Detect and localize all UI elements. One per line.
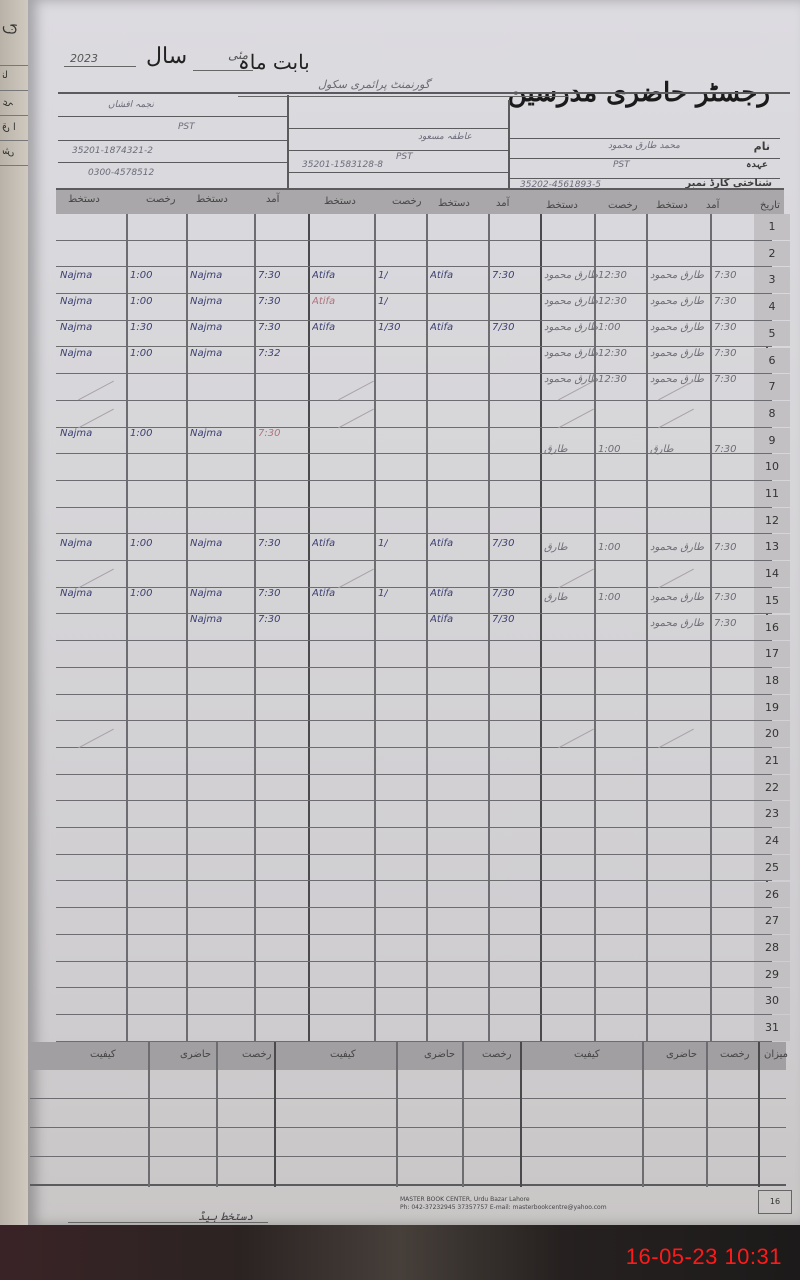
left-page-fragment: عہ [2, 98, 14, 109]
t1-timeout: 1:00 [598, 322, 620, 333]
t1-signin: طارق محمود [650, 374, 704, 385]
col-arrival-t3: آمد [266, 194, 279, 205]
t1-timeout: 1:00 [598, 592, 620, 603]
t1-signin: طارق محمود [650, 270, 704, 281]
t1-timein: 7:30 [714, 270, 736, 281]
t1-signout: طارق [544, 444, 568, 455]
day-number: 1 [754, 214, 790, 240]
t2-timein: 7/30 [492, 322, 514, 333]
t2-timeout: 1/ [378, 270, 388, 281]
t3-timein: 1:00 [130, 588, 152, 599]
t1-timeout: 12:30 [598, 270, 627, 281]
t3-signout: Najma [190, 270, 222, 281]
day-number: 16 [754, 615, 790, 641]
day-number: 15 [754, 588, 790, 614]
t1-signin: طارق محمود [650, 322, 704, 333]
day-number: 9 [754, 428, 790, 454]
teacher1-name: محمد طارق محمود [608, 141, 680, 151]
col-signout-t3: دستخط [68, 194, 100, 205]
t2-timein: 7/30 [492, 588, 514, 599]
t1-timein: 7:30 [714, 592, 736, 603]
col-departure-t1: رخصت [608, 200, 638, 211]
t1-signin: طارق [650, 444, 674, 455]
t1-signin: طارق محمود [650, 618, 704, 629]
day-number: 10 [754, 454, 790, 480]
t3-timein: 1:00 [130, 348, 152, 359]
teacher3-name: نجمہ افشاں [108, 100, 154, 110]
day-number: 19 [754, 695, 790, 721]
register-page: رجسٹر حاضری مدرسین گورنمنٹ پرائمری سکول … [28, 0, 800, 1225]
t2-signout: Atifa [312, 538, 335, 549]
summary-col: کیفیت [90, 1049, 116, 1060]
t2-signin: Atifa [430, 538, 453, 549]
t3-signin: Najma [60, 348, 92, 359]
t3-signin: Najma [60, 428, 92, 439]
col-departure-t2: رخصت [392, 196, 422, 207]
summary-col: رخصت [720, 1049, 750, 1060]
attendance-grid: 1 2 3 4 5 6 7 8 9 10 11 12 13 14 15 16 1… [56, 214, 784, 1044]
t2-timeout: 1/ [378, 588, 388, 599]
col-date: تاریخ [760, 200, 780, 211]
t3-signin: Najma [60, 322, 92, 333]
t1-timein: 7:30 [714, 322, 736, 333]
t1-signout: طارق محمود [544, 296, 598, 307]
left-page-fragment: رج [2, 18, 18, 34]
t3-timeout: 7:30 [258, 588, 280, 599]
t3-timein: 1:00 [130, 270, 152, 281]
t3-timeout: 7:30 [258, 270, 280, 281]
t1-timeout: 12:30 [598, 348, 627, 359]
day-number: 29 [754, 962, 790, 988]
column-header-row: دستخط رخصت دستخط آمد دستخط رخصت دستخط آم… [56, 190, 784, 214]
t2-signout: Atifa [312, 296, 335, 307]
t3-signout: Najma [190, 614, 222, 625]
t1-timein: 7:30 [714, 374, 736, 385]
camera-timestamp: 16-05-23 10:31 [626, 1244, 782, 1270]
t1-timein: 7:30 [714, 296, 736, 307]
day-number: 26 [754, 882, 790, 908]
day-number: 24 [754, 828, 790, 854]
day-number: 6 [754, 348, 790, 374]
t1-signin: طارق محمود [650, 296, 704, 307]
t1-signout: طارق [544, 592, 568, 603]
t3-timein: 1:00 [130, 538, 152, 549]
day-number: 13 [754, 534, 790, 560]
teacher2-name: عاطفہ مسعود [418, 132, 472, 142]
col-signout-t2: دستخط [324, 196, 356, 207]
t3-timeout: 7:32 [258, 348, 280, 359]
t3-signout: Najma [190, 588, 222, 599]
summary-header-row: کیفیت حاضری رخصت کیفیت حاضری رخصت کیفیت … [30, 1042, 786, 1070]
t3-timeout: 7:30 [258, 538, 280, 549]
monthly-summary-table: کیفیت حاضری رخصت کیفیت حاضری رخصت کیفیت … [30, 1042, 786, 1192]
day-number: 18 [754, 668, 790, 694]
t2-timein: 7:30 [492, 270, 514, 281]
day-number: 17 [754, 641, 790, 667]
t2-timeout: 1/ [378, 296, 388, 307]
t3-signin: Najma [60, 270, 92, 281]
teacher1-designation-label: عہدہ [746, 160, 768, 170]
day-number: 23 [754, 801, 790, 827]
day-number: 2 [754, 241, 790, 267]
day-number: 20 [754, 721, 790, 747]
page-number: 16 [758, 1190, 792, 1214]
t2-timein: 7/30 [492, 614, 514, 625]
t2-signin: Atifa [430, 614, 453, 625]
left-page-fragment: ق ا [2, 122, 16, 133]
t3-timein: 1:00 [130, 428, 152, 439]
summary-col: کیفیت [330, 1049, 356, 1060]
col-signout-t1: دستخط [546, 200, 578, 211]
summary-col: میزان [764, 1049, 788, 1060]
t3-signout: Najma [190, 428, 222, 439]
t3-timeout: 7:30 [258, 614, 280, 625]
t3-signout: Najma [190, 296, 222, 307]
day-number: 21 [754, 748, 790, 774]
day-number: 22 [754, 775, 790, 801]
day-number: 11 [754, 481, 790, 507]
year-value: 2023 [70, 52, 98, 65]
teacher2-cnic: 35201-1583128-8 [302, 160, 383, 170]
t1-signout: طارق [544, 542, 568, 553]
col-arrival-t2: آمد [496, 198, 509, 209]
t1-signin: طارق محمود [650, 592, 704, 603]
teacher2-designation: PST [396, 152, 413, 162]
t1-signin: طارق محمود [650, 542, 704, 553]
summary-col: حاضری [180, 1049, 211, 1060]
t3-signout: Najma [190, 348, 222, 359]
t1-timeout: 1:00 [598, 444, 620, 455]
t2-timeout: 1/ [378, 538, 388, 549]
day-number: 30 [754, 988, 790, 1014]
left-page-fragment: نا [2, 70, 8, 81]
col-signin-t1: دستخط [656, 200, 688, 211]
col-signin-t2: دستخط [438, 198, 470, 209]
t2-signout: Atifa [312, 322, 335, 333]
t1-timeout: 1:00 [598, 542, 620, 553]
t3-signin: Najma [60, 538, 92, 549]
t1-timein: 7:30 [714, 542, 736, 553]
day-number: 3 [754, 267, 790, 293]
publisher-contact: Ph: 042-37232945 37357757 E-mail: master… [400, 1204, 607, 1211]
t1-timein: 7:30 [714, 618, 736, 629]
t3-signout: Najma [190, 538, 222, 549]
t2-timein: 7/30 [492, 538, 514, 549]
t3-timein: 1:30 [130, 322, 152, 333]
year-label: سال [146, 44, 187, 69]
day-number: 27 [754, 908, 790, 934]
t1-timein: 7:30 [714, 444, 736, 455]
t3-timeout: 7:30 [258, 322, 280, 333]
left-page-fragment: ش [2, 146, 14, 157]
t1-timeout: 12:30 [598, 374, 627, 385]
col-arrival-t1: آمد [706, 200, 719, 211]
school-name: گورنمنٹ پرائمری سکول [318, 78, 430, 91]
t3-timeout: 7:30 [258, 428, 280, 439]
publisher-name: MASTER BOOK CENTER, Urdu Bazar Lahore [400, 1196, 530, 1203]
day-number: 14 [754, 561, 790, 587]
t2-signin: Atifa [430, 588, 453, 599]
day-number: 28 [754, 935, 790, 961]
day-number: 4 [754, 294, 790, 320]
t2-timeout: 1/30 [378, 322, 400, 333]
day-number: 8 [754, 401, 790, 427]
summary-col: حاضری [666, 1049, 697, 1060]
day-number: 12 [754, 508, 790, 534]
t1-signout: طارق محمود [544, 270, 598, 281]
teacher3-phone: 0300-4578512 [88, 168, 154, 178]
col-signin-t3: دستخط [196, 194, 228, 205]
teacher1-designation: PST [613, 160, 630, 170]
t1-signout: طارق محمود [544, 348, 598, 359]
col-departure-t3: رخصت [146, 194, 176, 205]
t3-signout: Najma [190, 322, 222, 333]
t1-timeout: 12:30 [598, 296, 627, 307]
t1-timein: 7:30 [714, 348, 736, 359]
day-number: 7 [754, 374, 790, 400]
summary-col: کیفیت [574, 1049, 600, 1060]
t1-signout: طارق محمود [544, 322, 598, 333]
t3-timein: 1:00 [130, 296, 152, 307]
t3-signin: Najma [60, 296, 92, 307]
t2-signin: Atifa [430, 322, 453, 333]
t3-timeout: 7:30 [258, 296, 280, 307]
t1-signin: طارق محمود [650, 348, 704, 359]
day-number: 5 [754, 321, 790, 347]
t2-signin: Atifa [430, 270, 453, 281]
day-number: 25 [754, 855, 790, 881]
teacher3-designation: PST [178, 122, 195, 132]
teacher1-name-label: نام [754, 140, 770, 153]
day-number: 31 [754, 1015, 790, 1041]
t3-signin: Najma [60, 588, 92, 599]
summary-col: حاضری [424, 1049, 455, 1060]
month-value: مئی [228, 48, 248, 62]
t2-signout: Atifa [312, 270, 335, 281]
summary-col: رخصت [242, 1049, 272, 1060]
teacher3-cnic: 35201-1874321-2 [72, 146, 153, 156]
t2-signout: Atifa [312, 588, 335, 599]
photo-background: 16-05-23 10:31 [0, 1225, 800, 1280]
summary-col: رخصت [482, 1049, 512, 1060]
